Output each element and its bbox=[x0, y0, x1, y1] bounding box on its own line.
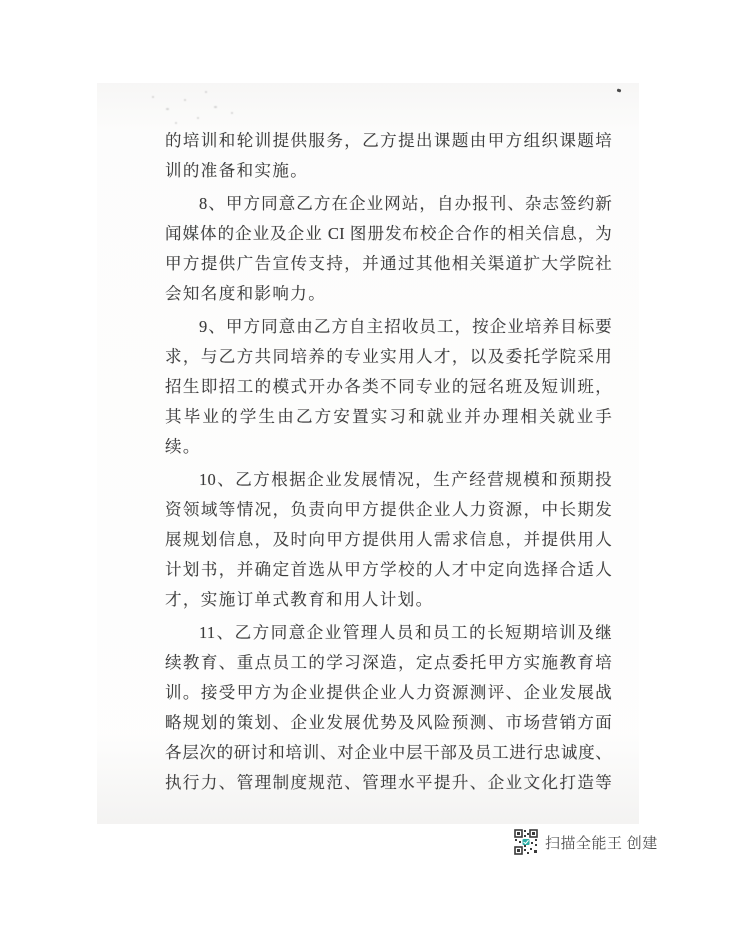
text-line-clause-9: 9、甲方同意由乙方自主招收员工，按企业培养目标要 bbox=[165, 312, 612, 342]
text-line: 训。接受甲方为企业提供企业人力资源测评、企业发展战 bbox=[165, 678, 612, 708]
scan-speckle bbox=[214, 106, 217, 108]
text-line: 资领域等情况，负责向甲方提供企业人力资源，中长期发 bbox=[165, 495, 612, 525]
scan-speckle bbox=[205, 91, 207, 93]
text-line: 其毕业的学生由乙方安置实习和就业并办理相关就业手 bbox=[165, 402, 612, 432]
text-line: 执行力、管理制度规范、管理水平提升、企业文化打造等 bbox=[165, 768, 612, 798]
text-line: 的培训和轮训提供服务，乙方提出课题由甲方组织课题培 bbox=[165, 126, 612, 156]
scan-speckle bbox=[231, 112, 233, 114]
scan-speckle bbox=[184, 99, 186, 101]
text-line: 计划书，并确定首选从甲方学校的人才中定向选择合适人 bbox=[165, 555, 612, 585]
text-line-clause-8: 8、甲方同意乙方在企业网站，自办报刊、杂志签约新 bbox=[165, 189, 612, 219]
text-line-clause-11: 11、乙方同意企业管理人员和员工的长短期培训及继 bbox=[165, 618, 612, 648]
camscanner-watermark: 扫描全能王 创建 bbox=[514, 827, 658, 857]
text-line: 展规划信息，及时向甲方提供用人需求信息，并提供用人 bbox=[165, 525, 612, 555]
scan-speckle bbox=[175, 122, 177, 124]
text-line: 求，与乙方共同培养的专业实用人才，以及委托学院采用 bbox=[165, 342, 612, 372]
text-line: 才，实施订单式教育和用人计划。 bbox=[165, 585, 612, 615]
text-line: 甲方提供广告宣传支持，并通过其他相关渠道扩大学院社 bbox=[165, 249, 612, 279]
scanned-document-page: 的培训和轮训提供服务，乙方提出课题由甲方组织课题培 训的准备和实施。 8、甲方同… bbox=[0, 0, 744, 936]
scan-speckle bbox=[152, 96, 154, 98]
qr-code-icon bbox=[514, 829, 538, 855]
text-line: 训的准备和实施。 bbox=[165, 156, 612, 186]
text-line: 续教育、重点员工的学习深造，定点委托甲方实施教育培 bbox=[165, 648, 612, 678]
text-line: 略规划的策划、企业发展优势及风险预测、市场营销方面 bbox=[165, 708, 612, 738]
text-line: 各层次的研讨和培训、对企业中层干部及员工进行忠诚度、 bbox=[165, 738, 612, 768]
scan-speckle bbox=[197, 117, 199, 119]
contract-text-block: 的培训和轮训提供服务，乙方提出课题由甲方组织课题培 训的准备和实施。 8、甲方同… bbox=[165, 126, 612, 798]
text-line: 招生即招工的模式开办各类不同专业的冠名班及短训班， bbox=[165, 372, 612, 402]
scan-speckle bbox=[166, 108, 169, 110]
text-line: 会知名度和影响力。 bbox=[165, 279, 612, 309]
text-line: 续。 bbox=[165, 432, 612, 462]
page-corner-mark bbox=[617, 88, 622, 92]
text-line: 闻媒体的企业及企业 CI 图册发布校企合作的相关信息，为 bbox=[165, 219, 612, 249]
text-line-clause-10: 10、乙方根据企业发展情况，生产经营规模和预期投 bbox=[165, 465, 612, 495]
watermark-label: 扫描全能王 创建 bbox=[545, 832, 658, 853]
